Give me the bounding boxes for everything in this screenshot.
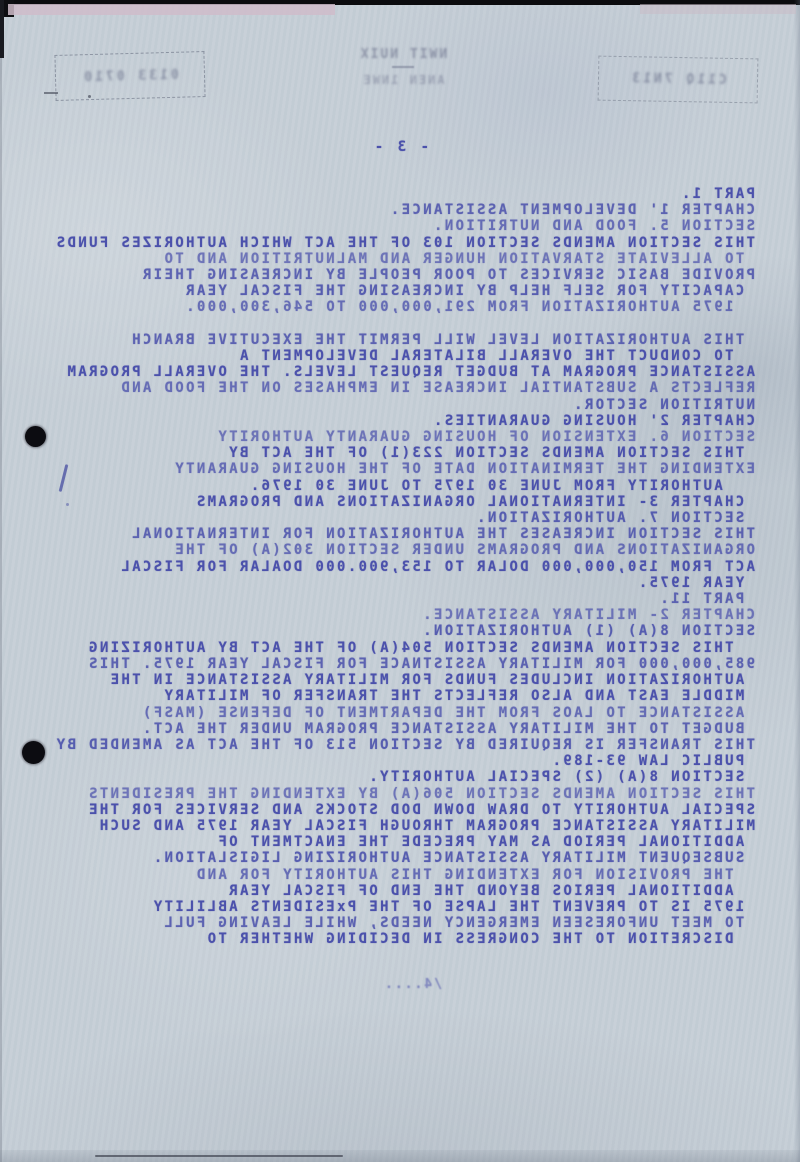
hole-punch [22, 741, 45, 764]
stamp-box: C11Q 7N13 [598, 56, 759, 104]
typed-line: THIS SECTION AMENDS SECTION 223(1) OF TH… [0, 445, 744, 461]
typed-line: MILITARY ASSISTANCE PROGRAM THROUGH FISC… [0, 818, 755, 834]
page-number: - 3 - [372, 139, 429, 155]
typed-line: REFLECTS A SUBSTANTIAL INCREASE IN EMPHA… [0, 380, 755, 396]
typed-line: ACT FROM 150,000,000 DOLAR TO 153,900.00… [0, 559, 755, 575]
typed-line: 1975 IS TO PREVENT THE LAPSE OF THE PxES… [0, 899, 744, 915]
scan-color-band [640, 4, 796, 14]
scan-bottom-shade [0, 1150, 800, 1162]
typed-line: 985,000,000 FOR MILITARY ASSISTNACE FOR … [0, 656, 755, 672]
typed-line: CAPACITY FOR SELF HELP BY INCREASING THE… [0, 283, 744, 299]
stamp-divider [392, 66, 414, 68]
typed-line: PROVIDE BASIC SERVICES TO POOR PEOPLE BY… [0, 267, 755, 283]
typed-line: CHAPTER 2' HOUSING GUARANTIES. [0, 413, 755, 429]
scan-left-edge [0, 0, 4, 58]
typed-line: PART 11. [0, 591, 744, 607]
scan-color-band [8, 4, 335, 15]
typed-line: PART 1. [0, 186, 755, 202]
typed-line: BUDGET TO THE MILITARY ASSISTANCE PROGRA… [0, 721, 744, 737]
faint-stamp-text-illegible: NWIT NUIX [328, 47, 478, 62]
typed-line: CHAPTER 1' DEVELOPMENT ASSISTANCE. [0, 202, 755, 218]
typed-line: EXTENDING THE TERMINATION DATE OF THE HO… [0, 461, 755, 477]
typed-line: THE PROVISION FOR EXTENDING THIS AUTHORI… [0, 867, 734, 883]
typed-line: AUTHORIZATION INCLUDES FUNDS FOR MILITAR… [0, 672, 744, 688]
typed-line: ADDITIONAL PERIOD AS MAY PRECEDE THE ENA… [0, 834, 744, 850]
continuation-mark: /4.... [383, 977, 442, 992]
faint-stamp-text-illegible: ANEN 1NWE [328, 73, 478, 87]
typed-line: SECTION 5. FOOD AND NUTRITION. [0, 218, 755, 234]
mirrored-scan-layer: 0133 0710 C11Q 7N13 NWIT NUIX ANEN 1NWE … [0, 0, 800, 1162]
ink-mark [88, 95, 91, 98]
typed-line: AUTHORITY FROM JUNE 30 1975 TO JUNE 30 1… [0, 478, 723, 494]
scanned-document-page: 0133 0710 C11Q 7N13 NWIT NUIX ANEN 1NWE … [0, 0, 800, 1162]
typed-line: MIDDLE EAST AND ALSO REFLECTS THE TRANSF… [0, 688, 744, 704]
typed-line: THIS SECTION INCREASES THE AUTHORIZATION… [0, 526, 755, 542]
typed-line: SECTION 8(A) (1) AUTHORIZATION. [0, 623, 755, 639]
typed-line: YEAR 1975. [0, 575, 744, 591]
typed-line: SECTION 7. AUTHORIZATION. [0, 510, 744, 526]
typed-line: 1975 AUTHORIZATION FROM 291,000,000 TO 5… [0, 299, 734, 315]
scan-right-edge-shade [794, 0, 800, 1162]
stamp-box: 0133 0710 [54, 51, 205, 101]
typed-line: SECTION 6. EXTENSION OF HOUSING GUARANTY… [0, 429, 755, 445]
faint-stamp-text-illegible: C11Q 7N13 [629, 71, 727, 88]
typed-line: ADDITIONAL PERIOS BEYOND THE END OF FISC… [0, 883, 734, 899]
scan-left-edge-faint [0, 58, 2, 1162]
typed-line: THIS AUTHORIZATION LEVEL WILL PERMIT THE… [0, 332, 744, 348]
center-header-stamp: NWIT NUIX ANEN 1NWE [328, 47, 478, 87]
typed-line: SECTION 8(A) (2) SPECIAL AUTHORITY. [0, 769, 744, 785]
typed-line: THIS SECTION AMENDS SECTION 103 OF THE A… [0, 235, 755, 251]
typed-line: ASSISTANCE PROGRAM AT BUDGET REQUEST LEV… [0, 364, 755, 380]
typed-line: TO CONDUCT THE OVERALL BILATERAL DEVELOP… [0, 348, 734, 364]
typed-line: CHAPTER 3- INTERNATIONAL ORGANIZATIONS A… [0, 494, 744, 510]
typed-line: SPECIAL AUTHORITY TO DRAW DOWN DOD STOCK… [0, 802, 755, 818]
typed-line: TO MEET UNFORESEEN EMERGENCY NEEDS, WHIL… [0, 915, 744, 931]
typed-line: ASSISTANCE TO LAOS FROM THE DEPARTMENT O… [0, 705, 744, 721]
typed-line: THIS TRANSFER IS REQUIRED BY SECTION 513… [0, 737, 755, 753]
typed-line: CHAPTER 2- MILITARY ASSISTANCE. [0, 607, 755, 623]
typed-lines: PART 1.CHAPTER 1' DEVELOPMENT ASSISTANCE… [0, 186, 800, 948]
typed-line: SUBSEQUENT MILITARY ASSISTANCE AUTHORIZI… [0, 850, 744, 866]
hole-punch [25, 426, 46, 447]
typed-line: THIS SECTION AMENDS SECTION 504(A) OF TH… [0, 640, 734, 656]
faint-stamp-text-illegible: 0133 0710 [81, 67, 179, 85]
typed-line: NUTRITION SECTOR. [0, 397, 755, 413]
typed-line: THIS SECTION AMENDS SECTION 506(A) BY EX… [0, 786, 755, 802]
ink-mark [44, 92, 58, 94]
typed-line: ORGANIZATIONS AND PROGRAMS UNDER SECTION… [0, 542, 755, 558]
typed-line: DISCRETION TO THE CONGRESS IN DECIDING W… [0, 931, 734, 947]
typed-line: TO ALLEVIATE STARVATION HUNGER AND MALNU… [0, 251, 744, 267]
typed-line: PUBLIC LAW 93-189. [0, 753, 744, 769]
ink-dot [66, 503, 69, 506]
typed-line [0, 316, 755, 332]
